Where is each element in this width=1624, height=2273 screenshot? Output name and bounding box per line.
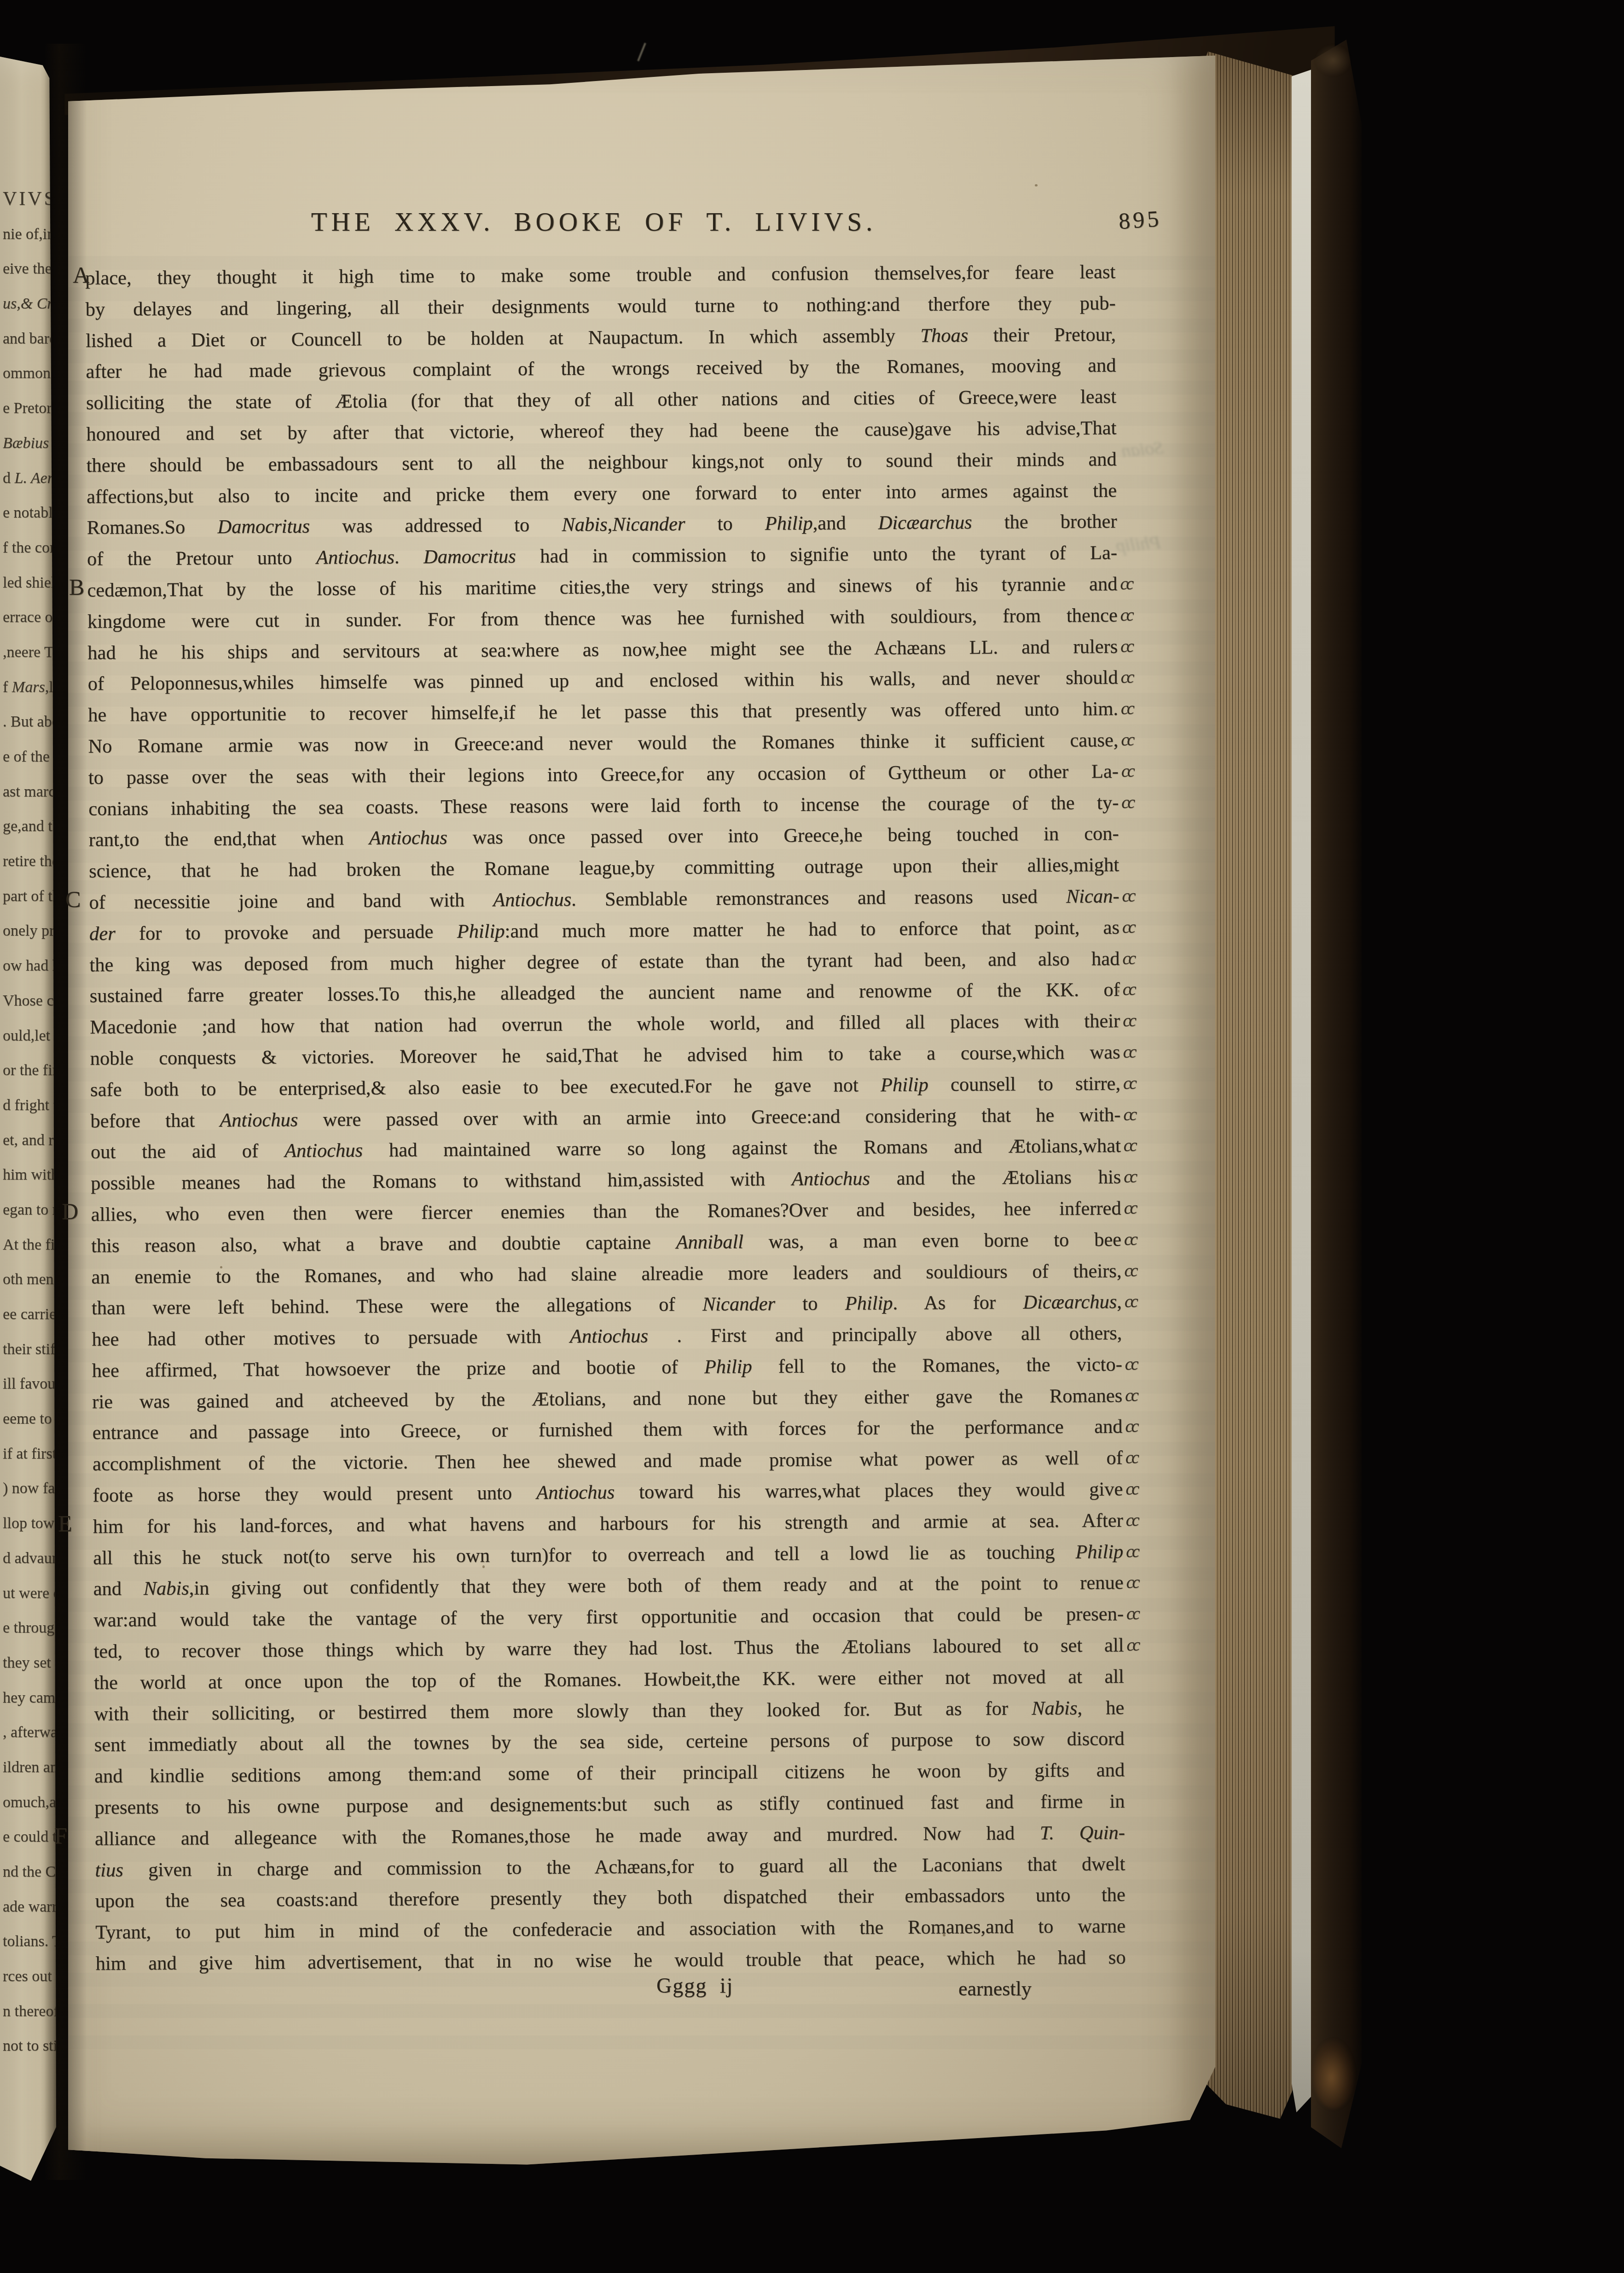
leather-cover-right (1311, 40, 1362, 2148)
marginal-quote-mark: cc (1125, 1474, 1155, 1505)
text-line: him and give him advertisement, that in … (95, 1942, 1125, 1979)
marginal-quote-mark: cc (1124, 1192, 1153, 1224)
marginal-quote-mark: cc (1126, 1567, 1155, 1599)
marginal-quote-mark: cc (1122, 912, 1152, 943)
marginal-quote-mark: cc (1121, 693, 1150, 725)
marginal-quote-mark: cc (1125, 1286, 1154, 1318)
gutter-fold-shadow (44, 44, 87, 2180)
section-letter-F: F (54, 1822, 67, 1849)
marginal-quote-mark: cc (1124, 1224, 1154, 1255)
marginal-quote-mark: cc (1124, 1162, 1153, 1193)
catchword: earnestly (958, 1977, 1032, 2000)
section-letter-D: D (62, 1198, 78, 1225)
cover-corner-highlight (1315, 44, 1351, 76)
marginal-quote-mark: cc (1125, 1442, 1155, 1474)
marginal-quote-mark: cc (1124, 1130, 1153, 1162)
marginal-quote-mark: cc (1126, 1505, 1155, 1536)
marginal-quote-mark: cc (1126, 1599, 1156, 1630)
leather-shine (1313, 2040, 1354, 2109)
marginal-quote-mark: cc (1120, 662, 1150, 693)
section-letter-E: E (58, 1510, 72, 1537)
marginal-quote-mark: cc (1125, 1411, 1154, 1442)
marginal-quote-mark: cc (1124, 1255, 1154, 1286)
marginal-quote-mark: cc (1121, 725, 1150, 756)
page-number: 895 (1118, 205, 1162, 234)
marginal-quote-mark: cc (1123, 974, 1152, 1006)
marginal-quote-mark: cc (1122, 880, 1151, 912)
marginal-quote-mark: cc (1122, 943, 1152, 974)
marginal-quote-mark: cc (1120, 631, 1150, 662)
show-through-mark: Philip (1115, 531, 1162, 557)
marginal-quote-mark: cc (1123, 1099, 1153, 1130)
show-through-mark: Soian (1120, 436, 1164, 462)
marginal-quote-mark: cc (1120, 599, 1150, 631)
marginal-quote-mark: cc (1125, 1380, 1154, 1411)
section-letter-B: B (69, 574, 84, 600)
marginal-quote-mark: cc (1121, 756, 1151, 787)
marginal-quote-mark: cc (1126, 1536, 1155, 1567)
marginal-quote-mark: cc (1126, 1630, 1156, 1661)
marginal-quote-mark: cc (1123, 1068, 1153, 1099)
marginal-quote-mark: cc (1121, 787, 1151, 818)
marginal-quote-mark: cc (1123, 1036, 1152, 1068)
stray-mark (637, 43, 646, 61)
marginal-quote-mark: cc (1125, 1349, 1154, 1380)
running-title: THE XXXV. BOOKE OF T. LIVIVS. (258, 207, 930, 237)
marginal-quote-mark: cc (1120, 569, 1149, 600)
book-photograph: VIVS.nie of,in adeive the goddus,& Cn.Do… (0, 0, 1624, 2273)
gathering-signature: Gggg ij (656, 1973, 733, 1998)
text-block: place, they thought it high time to make… (85, 256, 1126, 1979)
marginal-quote-mark: cc (1123, 1006, 1152, 1037)
section-letter-C: C (65, 886, 81, 913)
